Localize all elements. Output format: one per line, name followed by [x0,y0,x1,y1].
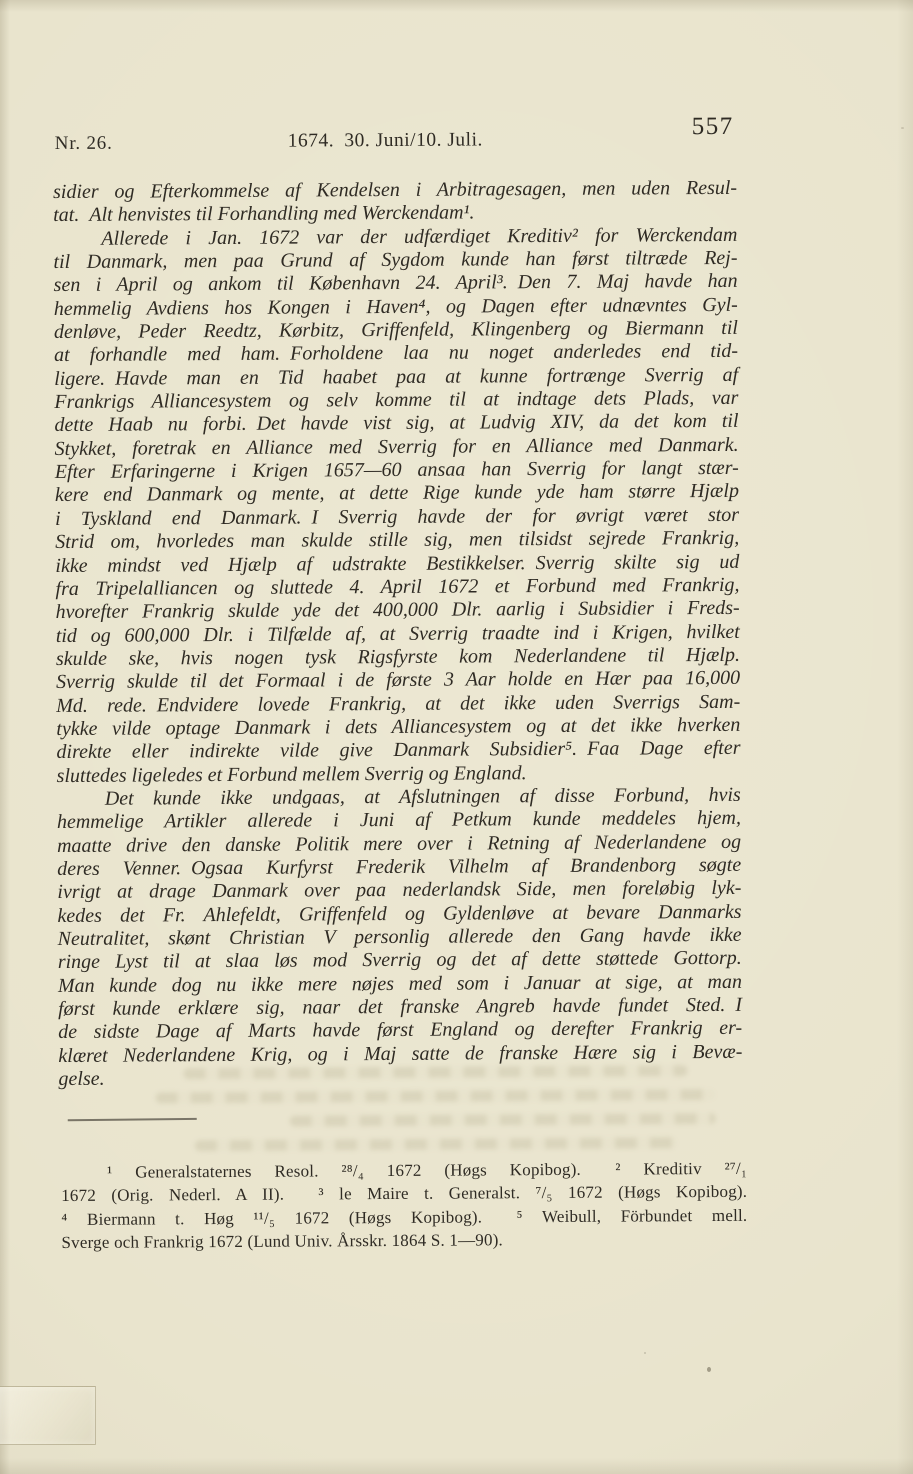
running-header-number: Nr. 26. [55,133,113,155]
footnote-line: Sverge och Frankrig 1672 (Lund Univ. Års… [61,1227,747,1255]
footnote-separator [68,1118,197,1121]
body-paragraph: Det kunde ikke undgaas, at Afslutningen … [57,784,743,1092]
body-line: klæret Nederlandene Krig, og i Maj satte… [58,1041,742,1069]
body-line: gelse. [58,1064,742,1092]
scanned-print-area: Nr. 26. 1674. 30. Juni/10. Juli. 557 sid… [0,0,913,1474]
bleed-through-line [290,1113,716,1127]
body-text: sidier og Efterkommelse af Kendelsen i A… [53,177,743,1092]
paper-speck [644,1352,646,1354]
page-number: 557 [692,113,734,141]
footnote-line: ⁴ Biermann t. Høg ¹¹/₅ 1672 (Høgs Kopibo… [61,1204,747,1232]
body-line: Sverrig skulde til det Formaal i de førs… [56,667,740,695]
body-line: direkte eller indirekte vilde give Danma… [56,737,740,765]
stamp-impression [0,1386,96,1445]
footnotes: ¹ Generalstaternes Resol. ²⁸/₄ 1672 (Høg… [61,1157,748,1255]
running-header-date: 1674. 30. Juni/10. Juli. [288,129,483,152]
book-page: Nr. 26. 1674. 30. Juni/10. Juli. 557 sid… [0,0,913,1474]
body-line: Strid om, hvorledes man skulde stille si… [55,527,739,555]
paper-speck [707,1367,711,1372]
paper-speck [901,127,904,129]
body-line: sidier og Efterkommelse af Kendelsen i A… [53,177,737,205]
bleed-through-line [156,1089,716,1103]
body-line: hvorefter Frankrig skulde yde det 400,00… [56,597,740,625]
body-paragraph: sidier og Efterkommelse af Kendelsen i A… [53,177,737,228]
body-paragraph: Allerede i Jan. 1672 var der udfærdiget … [53,224,740,788]
bleed-through-line [195,1137,677,1151]
